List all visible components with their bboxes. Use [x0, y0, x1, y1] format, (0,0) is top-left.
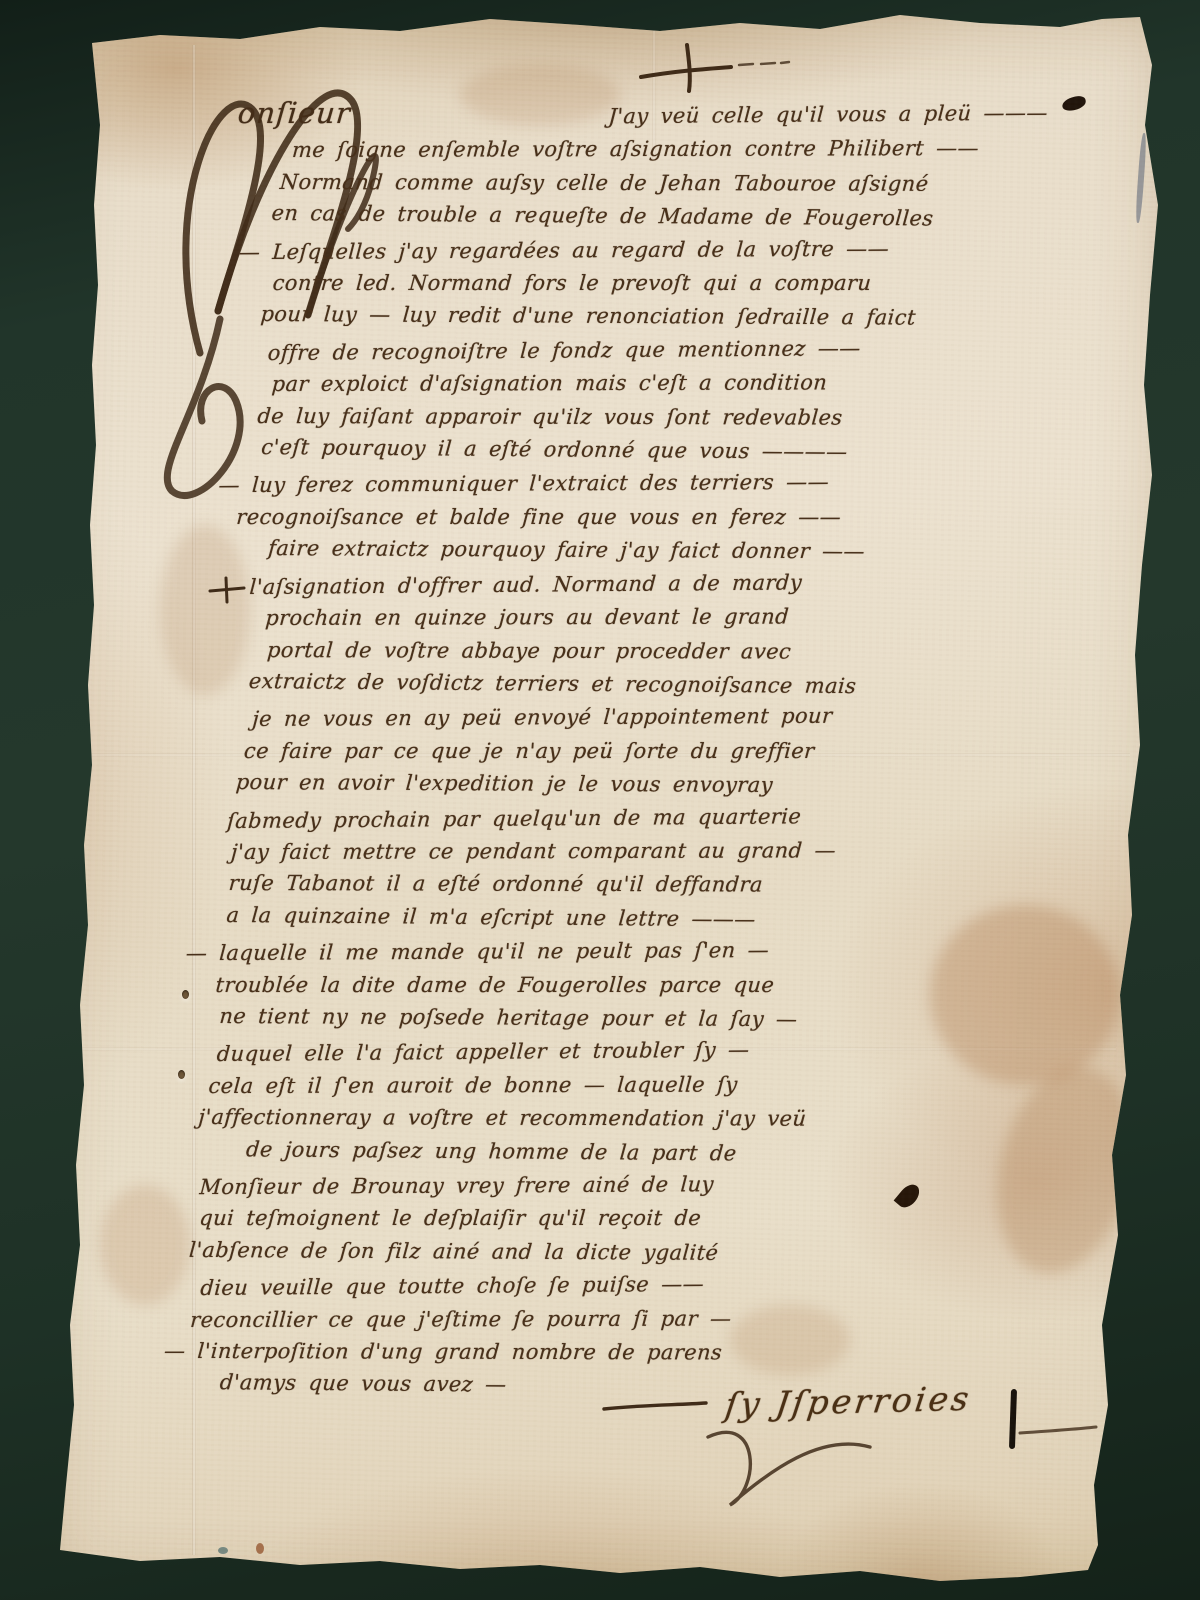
manuscript-line: portal de voſtre abbaye pour procedder a…: [118, 633, 1100, 669]
manuscript-line: contre led. Normand fors le prevoſt qui …: [144, 267, 1126, 300]
manuscript-line: cela eſt il ſ'en auroit de bonne — laque…: [87, 1067, 1069, 1103]
manuscript-line: par exploict d'aſsignation mais c'eſt a …: [136, 366, 1118, 402]
manuscript-line: ruſe Tabanot il a eſté ordonné qu'il def…: [102, 867, 1084, 903]
photo-background: onſieur J'ay veü celle qu'il vous a pleü…: [0, 0, 1200, 1600]
manuscript-line: duquel elle l'a faict appeller et troubl…: [90, 1031, 1073, 1073]
manuscript-line: — Leſquelles j'ay regardées au regard de…: [146, 231, 1129, 270]
manuscript-line: troublée la dite dame de Fougerolles par…: [94, 969, 1076, 1002]
ink-speck: [218, 1547, 228, 1554]
manuscript-line: j'ay faict mettre ce pendant comparant a…: [104, 834, 1086, 870]
ink-smudge: [1135, 133, 1147, 223]
manuscript-line: — laquelle il me mande qu'il ne peult pa…: [97, 932, 1080, 971]
manuscript-line: — luy ferez communiquer l'extraict des t…: [129, 465, 1112, 504]
manuscript-line: Monſieur de Brounay vrey frere ainé de l…: [80, 1166, 1063, 1205]
manuscript-line: prochain en quinze jours au devant le gr…: [120, 600, 1102, 636]
manuscript-lines: J'ay veü celle qu'il vous a pleü ———me ſ…: [66, 100, 1137, 1403]
manuscript-line: dieu veuille que toutte choſe ſe puiſse …: [73, 1265, 1056, 1307]
signature: ſy Jſperroies: [723, 1379, 974, 1424]
top-cross-mark: [635, 37, 795, 97]
manuscript-line: ce faire par ce que je n'ay peü ſorte du…: [111, 735, 1093, 768]
manuscript-line: reconcillier ce que j'eſtime ſe pourra ſ…: [71, 1301, 1053, 1337]
manuscript-line: qui teſmoignent le deſplaiſir qu'il reço…: [78, 1202, 1060, 1235]
manuscript-line: de luy faiſant apparoir qu'ilz vous ſont…: [134, 399, 1116, 435]
manuscript-line: je ne vous en ay peü envoyé l'appointeme…: [113, 699, 1096, 738]
manuscript-line: j'affectionneray a voſtre et recommendat…: [85, 1101, 1067, 1137]
manuscript-line: ſabmedy prochain par quelqu'un de ma qua…: [106, 797, 1089, 839]
manuscript-line: l'aſsignation d'offrer aud. Normand a de…: [122, 564, 1105, 606]
manuscript-line: recognoiſsance et balde fine que vous en…: [127, 501, 1109, 534]
rust-speck: [256, 1543, 264, 1554]
manuscript-line: me ſoigne enſemble voſtre aſsignation co…: [153, 132, 1135, 168]
